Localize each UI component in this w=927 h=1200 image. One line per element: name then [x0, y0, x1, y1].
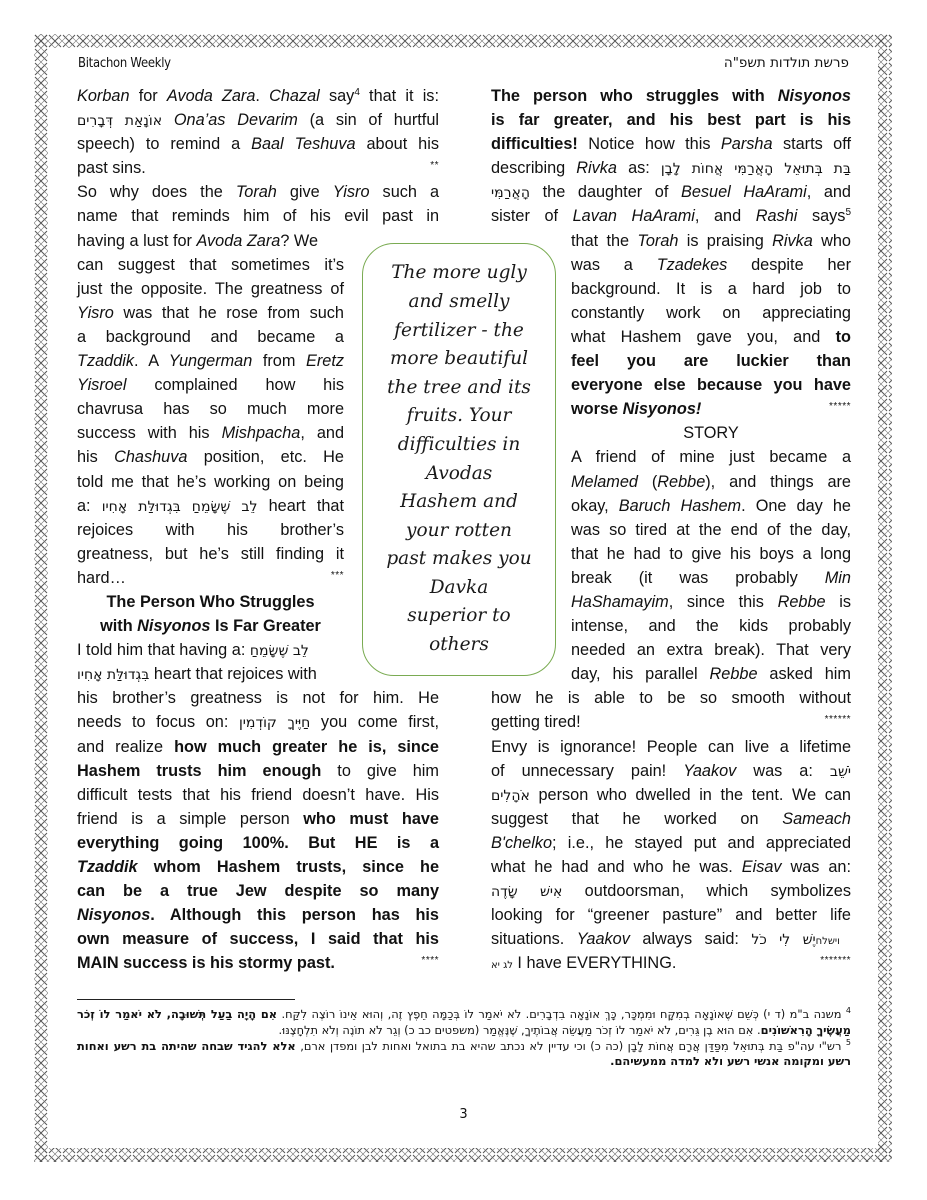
text-line: So why does the Torah give Yisro such a — [77, 180, 439, 204]
text-line: feel you are luckier than — [571, 349, 851, 373]
text-line: situations. Yaakov always said: יֶשׁ לִי… — [491, 927, 851, 951]
text-line: that he had to give his boys a long — [571, 542, 851, 566]
text-line: getting tired!****** — [491, 710, 851, 734]
section-heading: The Person Who Struggles — [77, 590, 344, 614]
text-line: okay, Baruch Hashem. One day he — [571, 494, 851, 518]
text-line: what he had and who he was. Eisav was an… — [491, 855, 851, 879]
text-line: a background and became a — [77, 325, 344, 349]
text-line: success with his Mishpacha, and — [77, 421, 344, 445]
text-line: describing Rivka as: בַּת בְּתוּאֵל הָאֲ… — [491, 156, 851, 180]
text-line: everything going 100%. But HE is a — [77, 831, 439, 855]
footnote-5: 5 רש"י עה"פ בַּת בְּתוּאֵל מִפַּדַּן אֲר… — [77, 1039, 851, 1071]
text-line: hard…*** — [77, 566, 344, 590]
footnote-4: 4 משנה ב"מ (ד י) כְּשֵׁם שֶׁאוֹנָאָה בְמ… — [77, 1007, 851, 1039]
text-line: needs to focus on: חַיֶּיךָ קוֹדְמִין yo… — [77, 710, 439, 734]
text-line: difficult tests that his friend doesn’t … — [77, 783, 439, 807]
text-line: בִּגְדוּלַּת אָחִיו heart that rejoices … — [77, 662, 344, 686]
text-line: Nisyonos. Although this person has his — [77, 903, 439, 927]
text-line: I told him that having a: לֵב שֶׁשָּׂמֵח… — [77, 638, 344, 662]
text-line: Tzaddik whom Hashem trusts, since he — [77, 855, 439, 879]
text-line: rejoices with his brother’s — [77, 518, 344, 542]
text-line: can be a true Jew despite so many — [77, 879, 439, 903]
section-divider-stars: **** — [421, 949, 439, 973]
text-line: needed an extra break). That very — [571, 638, 851, 662]
footnote-ref-5[interactable]: 5 — [845, 207, 851, 218]
text-line: is far greater, and his best part is his — [491, 108, 851, 132]
text-line: אוֹנָאַת דְּבָרִים Ona’as Devarim (a sin… — [77, 108, 439, 132]
text-line: Korban for Avoda Zara. Chazal say4 that … — [77, 84, 439, 108]
text-line: B'chelko; i.e., he stayed put and apprec… — [491, 831, 851, 855]
footnote-separator — [77, 999, 295, 1000]
text-line: intense, and the kids probably — [571, 614, 851, 638]
text-line: name that reminds him of his evil past i… — [77, 204, 439, 228]
text-line: background. It is a hard job to — [571, 277, 851, 301]
text-line: past sins.** — [77, 156, 439, 180]
page-number: 3 — [0, 1107, 927, 1122]
text-line: Hashem trusts him enough to give him — [77, 759, 439, 783]
text-line: suggest that he worked on Sameach — [491, 807, 851, 831]
text-line: break (it was probably Min — [571, 566, 851, 590]
footnotes: 4 משנה ב"מ (ד י) כְּשֵׁם שֶׁאוֹנָאָה בְמ… — [77, 1007, 851, 1070]
text-line: speech) to remind a Baal Teshuva about h… — [77, 132, 439, 156]
section-divider-stars: ***** — [829, 395, 851, 419]
story-heading: STORY — [571, 421, 851, 445]
text-line: Melamed (Rebbe), and things are — [571, 470, 851, 494]
text-line: was so tired at the end of the day, — [571, 518, 851, 542]
text-line: אֹהָלִים person who dwelled in the tent.… — [491, 783, 851, 807]
text-line: his Chashuva position, etc. He — [77, 445, 344, 469]
text-line: sister of Lavan HaArami, and Rashi says5 — [491, 204, 851, 228]
text-line: לג יא I have EVERYTHING.******* — [491, 951, 851, 975]
section-divider-stars: ** — [430, 154, 439, 178]
text-line: MAIN success is his stormy past.**** — [77, 951, 439, 975]
text-line: Tzaddik. A Yungerman from Eretz — [77, 349, 344, 373]
parsha-title: פרשת תולדות תשפ"ה — [724, 55, 849, 71]
text-line: a: לֵב שֶׁשָּׂמֵחַ בִּגְדוּלַּת אָחִיו h… — [77, 494, 344, 518]
text-line: A friend of mine just became a — [571, 445, 851, 469]
text-line: הָאֲרַמִּי the daughter of Besuel HaAram… — [491, 180, 851, 204]
text-line: Envy is ignorance! People can live a lif… — [491, 735, 851, 759]
text-line: everyone else because you have — [571, 373, 851, 397]
text-line: אִישׁ שָׂדֶה outdoorsman, which symboliz… — [491, 879, 851, 903]
text-line: was a Tzadekes despite her — [571, 253, 851, 277]
publication-title: Bitachon Weekly — [78, 55, 171, 71]
text-line: what Hashem gave you, and to — [571, 325, 851, 349]
text-line: The person who struggles with Nisyonos — [491, 84, 851, 108]
text-line: friend is a simple person who must have — [77, 807, 439, 831]
text-line: own measure of success, I said that his — [77, 927, 439, 951]
text-line: how he is able to be so smooth without — [491, 686, 851, 710]
text-line: told me that he’s working on being — [77, 470, 344, 494]
text-line: Yisroel complained how his — [77, 373, 344, 397]
text-line: day, his parallel Rebbe asked him — [571, 662, 851, 686]
text-line: of unnecessary pain! Yaakov was a: יֹשֵׁ… — [491, 759, 851, 783]
text-line: greatness, but he’s still finding it — [77, 542, 344, 566]
text-line: that the Torah is praising Rivka who — [571, 229, 851, 253]
section-divider-stars: *** — [331, 564, 344, 588]
text-line: just the opposite. The greatness of — [77, 277, 344, 301]
text-line: worse Nisyonos!***** — [571, 397, 851, 421]
text-line: constantly work on appreciating — [571, 301, 851, 325]
section-divider-stars: ****** — [825, 708, 851, 732]
text-line: chavrusa has so much more — [77, 397, 344, 421]
text-line: his brother’s greatness is not for him. … — [77, 686, 439, 710]
text-line: looking for “greener pasture” and better… — [491, 903, 851, 927]
text-line: and realize how much greater he is, sinc… — [77, 735, 439, 759]
section-divider-stars: ******* — [820, 949, 851, 973]
text-line: can suggest that sometimes it’s — [77, 253, 344, 277]
right-column: The person who struggles with Nisyonos i… — [491, 84, 851, 975]
text-line: Yisro was that he rose from such — [77, 301, 344, 325]
section-heading: with Nisyonos Is Far Greater — [77, 614, 344, 638]
text-line: difficulties! Notice how this Parsha sta… — [491, 132, 851, 156]
text-line: HaShamayim, since this Rebbe is — [571, 590, 851, 614]
